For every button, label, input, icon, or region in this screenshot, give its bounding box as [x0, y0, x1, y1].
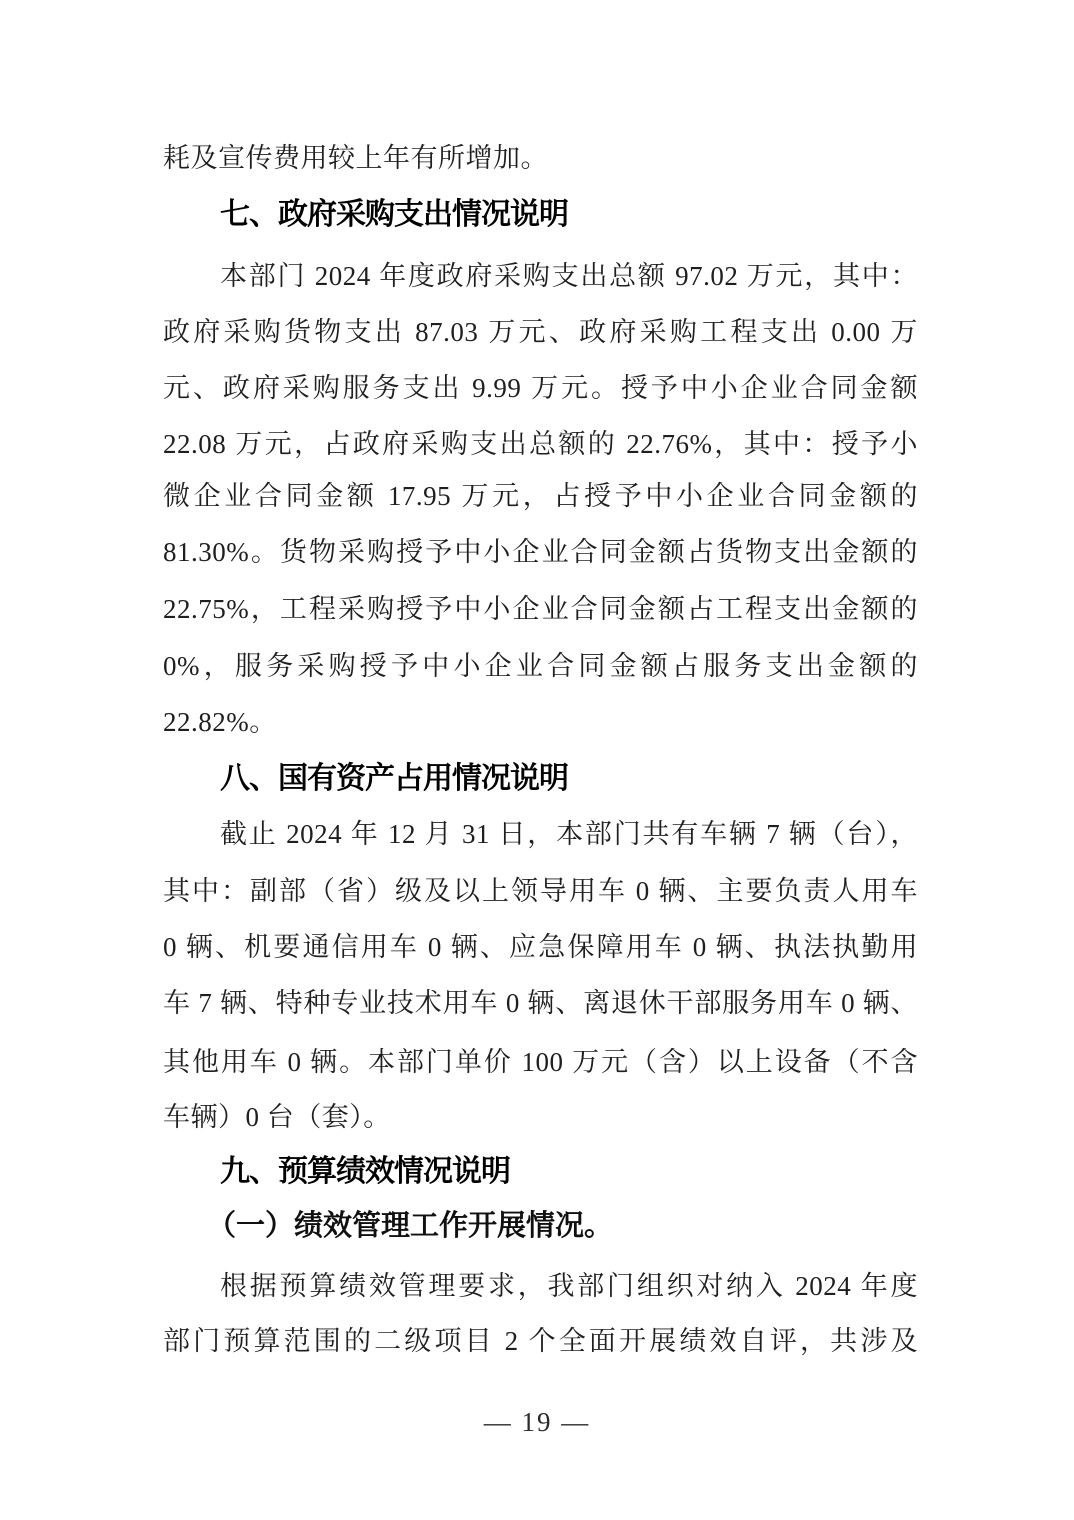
paragraph-continuation-line: 耗及宣传费用较上年有所增加。 — [163, 139, 918, 177]
section-8-paragraph-line-3: 0 辆、机要通信用车 0 辆、应急保障用车 0 辆、执法执勤用 — [163, 928, 918, 966]
document-text-block: 耗及宣传费用较上年有所增加。 七、政府采购支出情况说明 本部门 2024 年度政… — [163, 0, 918, 1520]
page-number: — 19 — — [0, 1404, 1074, 1440]
section-9-paragraph-line-2: 部门预算范围的二级项目 2 个全面开展绩效自评，共涉及 — [163, 1322, 918, 1360]
section-7-paragraph-line-6: 81.30%。货物采购授予中小企业合同金额占货物支出金额的 — [163, 533, 918, 571]
section-9-heading: 九、预算绩效情况说明 — [163, 1153, 918, 1191]
section-7-paragraph-line-4: 22.08 万元，占政府采购支出总额的 22.76%，其中：授予小 — [163, 425, 918, 463]
section-7-heading: 七、政府采购支出情况说明 — [163, 196, 918, 234]
section-8-paragraph-line-6: 车辆）0 台（套）。 — [163, 1098, 918, 1136]
section-7-paragraph-line-2: 政府采购货物支出 87.03 万元、政府采购工程支出 0.00 万 — [163, 313, 918, 351]
document-page: 耗及宣传费用较上年有所增加。 七、政府采购支出情况说明 本部门 2024 年度政… — [0, 0, 1074, 1520]
section-7-paragraph-line-5: 微企业合同金额 17.95 万元，占授予中小企业合同金额的 — [163, 477, 918, 515]
section-8-paragraph-line-4: 车 7 辆、特种专业技术用车 0 辆、离退休干部服务用车 0 辆、 — [163, 984, 918, 1022]
section-9-paragraph-line-1: 根据预算绩效管理要求，我部门组织对纳入 2024 年度 — [163, 1267, 918, 1305]
section-7-paragraph-line-7: 22.75%，工程采购授予中小企业合同金额占工程支出金额的 — [163, 590, 918, 628]
section-8-paragraph-line-2: 其中：副部（省）级及以上领导用车 0 辆、主要负责人用车 — [163, 872, 918, 910]
section-8-paragraph-line-1: 截止 2024 年 12 月 31 日，本部门共有车辆 7 辆（台）， — [163, 815, 918, 853]
section-9-subheading: （一）绩效管理工作开展情况。 — [207, 1207, 918, 1245]
section-8-heading: 八、国有资产占用情况说明 — [163, 760, 918, 798]
section-7-paragraph-line-9: 22.82%。 — [163, 703, 918, 741]
section-7-paragraph-line-3: 元、政府采购服务支出 9.99 万元。授予中小企业合同金额 — [163, 369, 918, 407]
section-7-paragraph-line-8: 0%，服务采购授予中小企业合同金额占服务支出金额的 — [163, 647, 918, 685]
section-8-paragraph-line-5: 其他用车 0 辆。本部门单价 100 万元（含）以上设备（不含 — [163, 1043, 918, 1081]
section-7-paragraph-line-1: 本部门 2024 年度政府采购支出总额 97.02 万元，其中： — [163, 257, 918, 295]
